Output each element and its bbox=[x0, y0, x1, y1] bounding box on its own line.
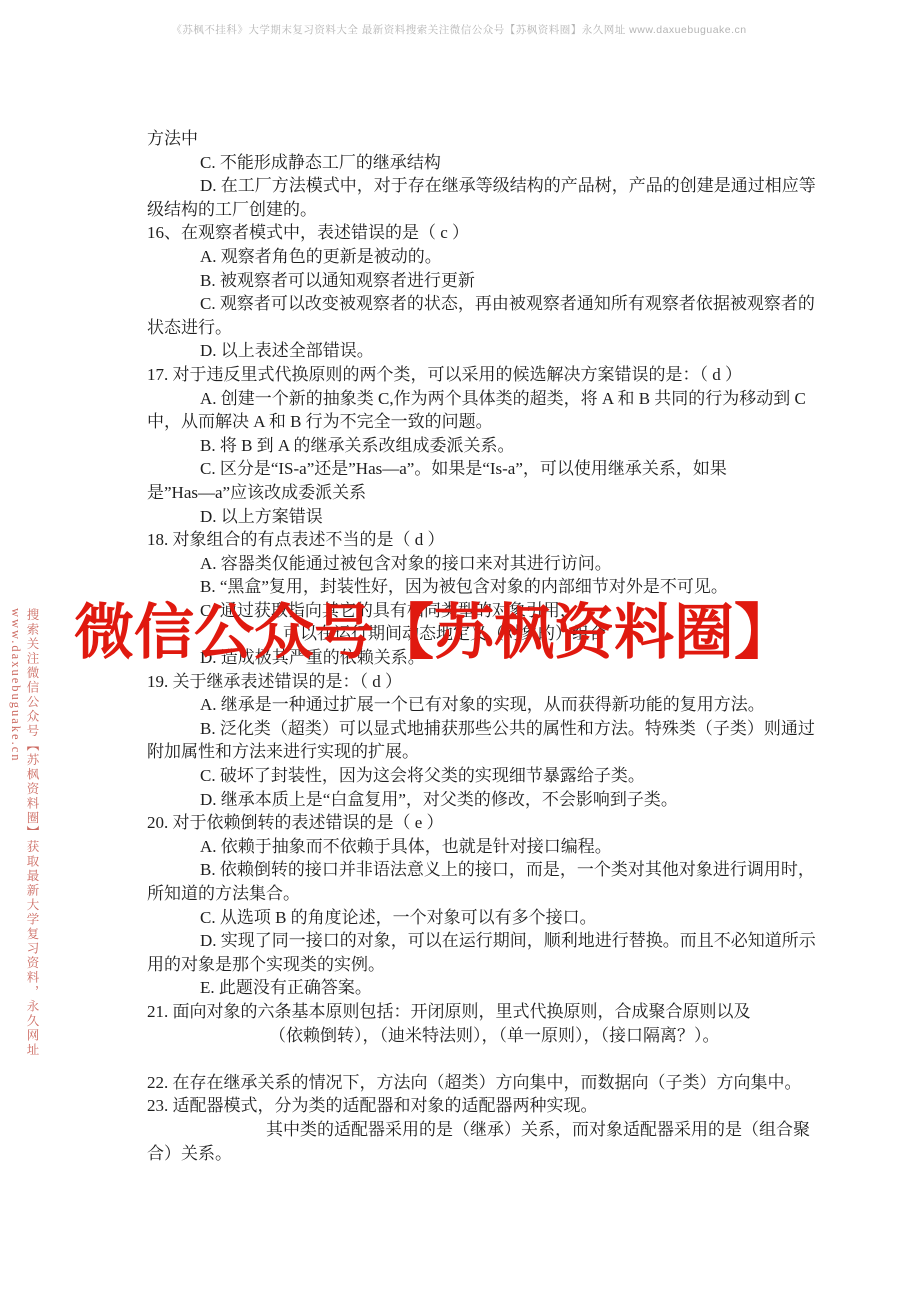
document-line: A. 创建一个新的抽象类 C,作为两个具体类的超类，将 A 和 B 共同的行为移… bbox=[147, 387, 797, 411]
document-line: D. 继承本质上是“白盒复用”，对父类的修改，不会影响到子类。 bbox=[147, 788, 797, 812]
document-line: A. 观察者角色的更新是被动的。 bbox=[147, 245, 797, 269]
document-line: 用的对象是那个实现类的实例。 bbox=[147, 953, 797, 977]
document-line: 18. 对象组合的有点表述不当的是（ d ） bbox=[147, 528, 797, 552]
document-line: A. 继承是一种通过扩展一个已有对象的实现，从而获得新功能的复用方法。 bbox=[147, 693, 797, 717]
document-line: 中，从而解决 A 和 B 行为不完全一致的问题。 bbox=[147, 410, 797, 434]
document-line: A. 容器类仅能通过被包含对象的接口来对其进行访问。 bbox=[147, 552, 797, 576]
document-line: 23. 适配器模式，分为类的适配器和对象的适配器两种实现。 bbox=[147, 1094, 797, 1118]
document-line: 20. 对于依赖倒转的表述错误的是（ e ） bbox=[147, 811, 797, 835]
document-line: 是”Has—a”应该改成委派关系 bbox=[147, 481, 797, 505]
document-line: 状态进行。 bbox=[147, 316, 797, 340]
document-line: 级结构的工厂创建的。 bbox=[147, 198, 797, 222]
document-line: C. 通过获取指向其它的具有相同类型的对象引用， bbox=[147, 599, 797, 623]
document-line: D. 以上表述全部错误。 bbox=[147, 339, 797, 363]
document-line: C. 从选项 B 的角度论述，一个对象可以有多个接口。 bbox=[147, 906, 797, 930]
document-line: 17. 对于违反里式代换原则的两个类，可以采用的候选解决方案错误的是：（ d ） bbox=[147, 363, 797, 387]
document-line: D. 造成极其严重的依赖关系。 bbox=[147, 646, 797, 670]
document-line: B. “黑盒”复用，封装性好，因为被包含对象的内部细节对外是不可见。 bbox=[147, 575, 797, 599]
document-line: 所知道的方法集合。 bbox=[147, 882, 797, 906]
document-line: E. 此题没有正确答案。 bbox=[147, 976, 797, 1000]
exam-question-body: 方法中C. 不能形成静态工厂的继承结构D. 在工厂方法模式中，对于存在继承等级结… bbox=[147, 127, 797, 1165]
document-line: 可以在运行期间动态地定义（对象的）组合 bbox=[147, 622, 797, 646]
document-line: 19. 关于继承表述错误的是：（ d ） bbox=[147, 670, 797, 694]
document-line: A. 依赖于抽象而不依赖于具体，也就是针对接口编程。 bbox=[147, 835, 797, 859]
document-line: 21. 面向对象的六条基本原则包括：开闭原则，里式代换原则，合成聚合原则以及 bbox=[147, 1000, 797, 1024]
document-line: 合）关系。 bbox=[147, 1142, 797, 1166]
document-line: D. 以上方案错误 bbox=[147, 505, 797, 529]
document-line: C. 区分是“IS-a”还是”Has—a”。如果是“Is-a”，可以使用继承关系… bbox=[147, 457, 797, 481]
document-line: 22. 在存在继承关系的情况下，方法向（超类）方向集中，而数据向（子类）方向集中… bbox=[147, 1071, 797, 1095]
document-line: B. 依赖倒转的接口并非语法意义上的接口，而是，一个类对其他对象进行调用时， bbox=[147, 858, 797, 882]
page-header-text: 《苏枫不挂科》大学期末复习资料大全 最新资料搜索关注微信公众号【苏枫资料圈】永久… bbox=[0, 22, 918, 37]
document-line bbox=[147, 1047, 797, 1071]
document-line: B. 将 B 到 A 的继承关系改组成委派关系。 bbox=[147, 434, 797, 458]
document-line: （依赖倒转），（迪米特法则），（单一原则），（接口隔离？）。 bbox=[147, 1024, 797, 1048]
document-line: B. 被观察者可以通知观察者进行更新 bbox=[147, 269, 797, 293]
document-line: C. 不能形成静态工厂的继承结构 bbox=[147, 151, 797, 175]
document-line: 方法中 bbox=[147, 127, 797, 151]
document-line: 附加属性和方法来进行实现的扩展。 bbox=[147, 740, 797, 764]
document-line: D. 在工厂方法模式中，对于存在继承等级结构的产品树，产品的创建是通过相应等 bbox=[147, 174, 797, 198]
document-line: 16、在观察者模式中，表述错误的是（ c ） bbox=[147, 221, 797, 245]
document-line: C. 观察者可以改变被观察者的状态，再由被观察者通知所有观察者依据被观察者的 bbox=[147, 292, 797, 316]
document-line: B. 泛化类（超类）可以显式地捕获那些公共的属性和方法。特殊类（子类）则通过 bbox=[147, 717, 797, 741]
sidebar-watermark-text: 搜索关注微信公众号【苏枫资料圈】获取最新大学复习资料，永久网址www.daxue… bbox=[8, 608, 41, 1088]
document-line: 其中类的适配器采用的是（继承）关系，而对象适配器采用的是（组合聚 bbox=[147, 1118, 797, 1142]
document-line: C. 破坏了封装性，因为这会将父类的实现细节暴露给子类。 bbox=[147, 764, 797, 788]
document-line: D. 实现了同一接口的对象，可以在运行期间，顺利地进行替换。而且不必知道所示 bbox=[147, 929, 797, 953]
